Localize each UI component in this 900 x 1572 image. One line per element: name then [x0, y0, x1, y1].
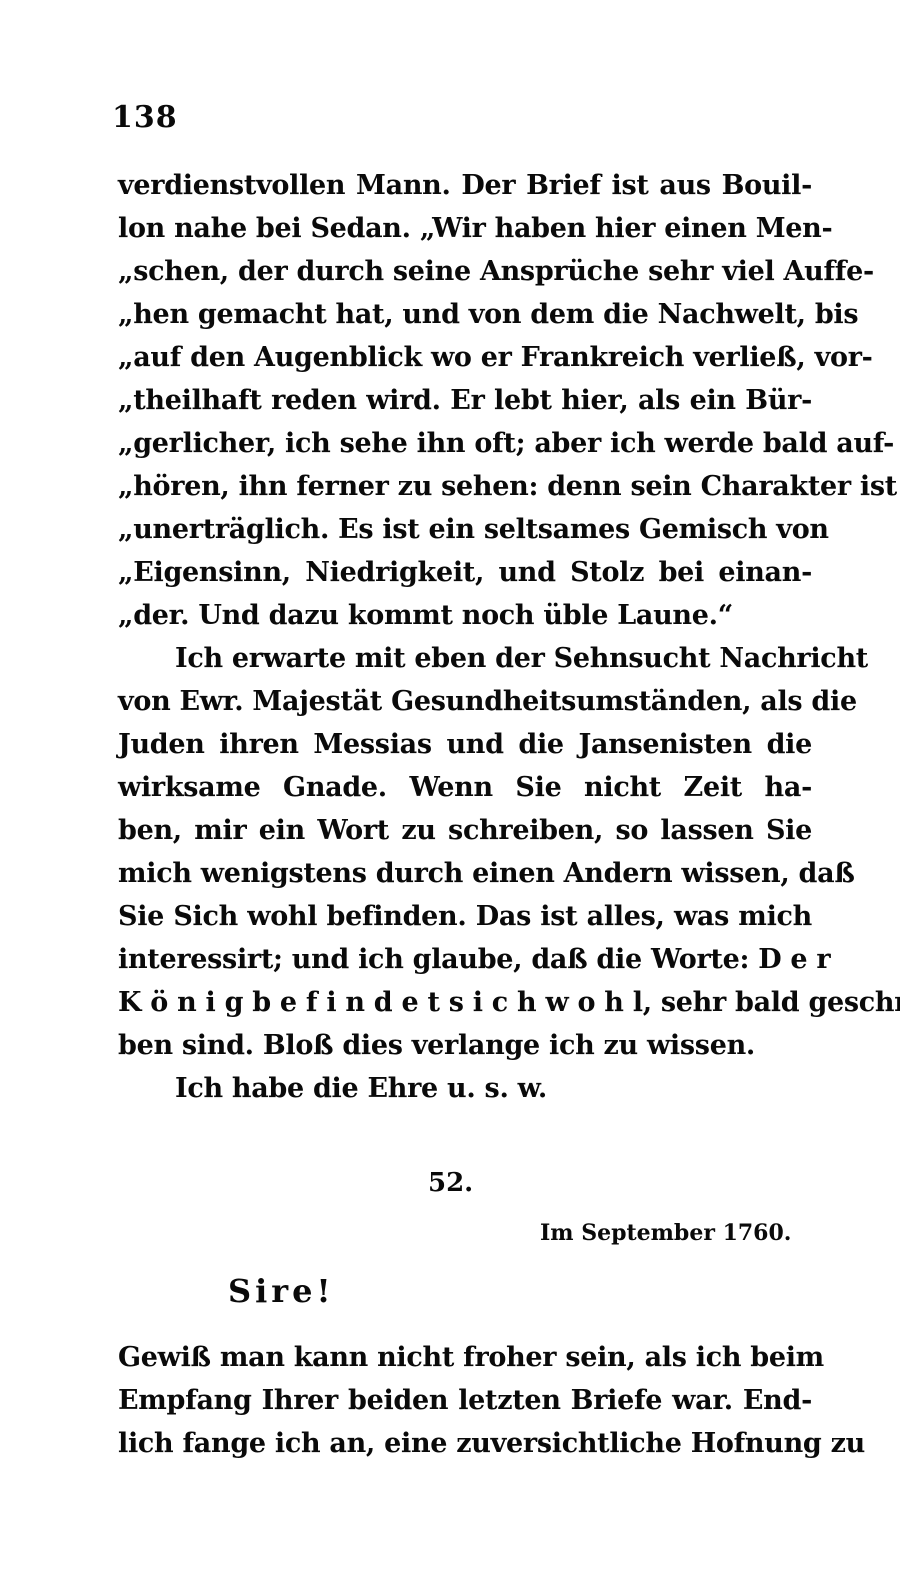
text-line: verdienstvollen Mann. Der Brief ist aus …	[118, 168, 812, 204]
letter-number: 52.	[428, 1168, 473, 1198]
text-line: Ich erwarte mit eben der Sehnsucht Nachr…	[175, 641, 812, 677]
letter-date: Im September 1760.	[540, 1220, 791, 1246]
text-line: Sie Sich wohl befinden. Das ist alles, w…	[118, 899, 812, 935]
text-line: „hen gemacht hat, und von dem die Nachwe…	[118, 297, 812, 333]
text-line: „theilhaft reden wird. Er lebt hier, als…	[118, 383, 812, 419]
text-line: „der. Und dazu kommt noch üble Laune.“	[118, 598, 812, 634]
text-line: wirksame Gnade. Wenn Sie nicht Zeit ha-	[118, 770, 812, 806]
text-line: von Ewr. Majestät Gesundheitsumständen, …	[118, 684, 812, 720]
text-line: ben sind. Bloß dies verlange ich zu wiss…	[118, 1028, 812, 1064]
text-line: ben, mir ein Wort zu schreiben, so lasse…	[118, 813, 812, 849]
text-line: K ö n i g b e f i n d e t s i c h w o h …	[118, 985, 812, 1021]
text-line: „hören, ihn ferner zu sehen: denn sein C…	[118, 469, 812, 505]
letter-salutation: Sire!	[228, 1272, 335, 1310]
text-line: Ich habe die Ehre u. s. w.	[175, 1071, 812, 1107]
text-line: „gerlicher, ich sehe ihn oft; aber ich w…	[118, 426, 812, 462]
page-number: 138	[112, 100, 178, 135]
text-line: „Eigensinn, Niedrigkeit, und Stolz bei e…	[118, 555, 812, 591]
text-line: „auf den Augenblick wo er Frankreich ver…	[118, 340, 812, 376]
text-line: Juden ihren Messias und die Jansenisten …	[118, 727, 812, 763]
book-page: 138 verdienstvollen Mann. Der Brief ist …	[0, 0, 900, 1572]
text-line: „unerträglich. Es ist ein seltsames Gemi…	[118, 512, 812, 548]
text-line: mich wenigstens durch einen Andern wisse…	[118, 856, 812, 892]
text-line: interessirt; und ich glaube, daß die Wor…	[118, 942, 812, 978]
text-line: lon nahe bei Sedan. „Wir haben hier eine…	[118, 211, 812, 247]
text-line: „schen, der durch seine Ansprüche sehr v…	[118, 254, 812, 290]
text-line: Gewiß man kann nicht froher sein, als ic…	[118, 1340, 812, 1376]
text-line: lich fange ich an, eine zuversichtliche …	[118, 1426, 812, 1462]
text-line: Empfang Ihrer beiden letzten Briefe war.…	[118, 1383, 812, 1419]
